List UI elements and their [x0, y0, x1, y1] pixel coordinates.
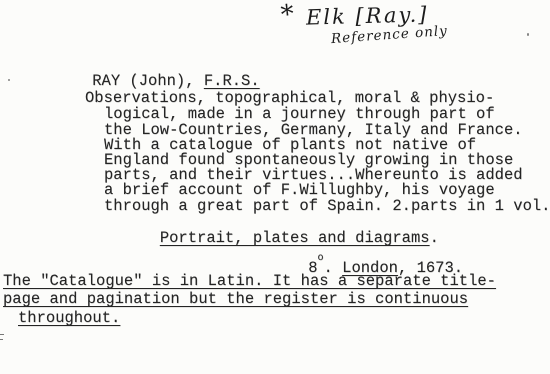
entry-line: logical, made in a journey through part …: [104, 106, 495, 122]
note-line: throughout.: [18, 310, 120, 326]
author-honorific: F.R.S.: [204, 72, 260, 90]
paper-speck: [527, 33, 529, 36]
entry-line: a brief account of F.Willughby, his voya…: [104, 182, 495, 198]
catalogue-card: * Elk [Ray.] Reference only RAY (John), …: [0, 0, 550, 374]
entry-line: Observations, topographical, moral & phy…: [85, 90, 494, 106]
paper-speck: [8, 79, 10, 81]
paper-speck: [0, 334, 4, 335]
format-superscript: o: [318, 253, 324, 264]
asterisk-mark: *: [279, 0, 295, 31]
note-line: The "Catalogue" is in Latin. It has a se…: [3, 273, 496, 289]
paper-speck: [0, 339, 3, 340]
note-line: page and pagination but the register is …: [3, 291, 468, 307]
entry-line: through a great part of Spain. 2.parts i…: [104, 198, 550, 214]
author-name: RAY (John),: [92, 72, 204, 90]
